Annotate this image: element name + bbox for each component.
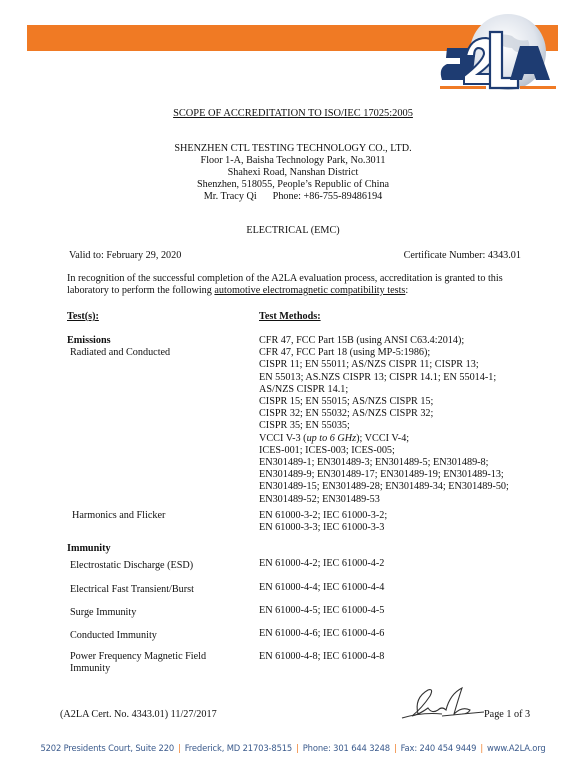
conducted-immunity-method: EN 61000-4-6; IEC 61000-4-6 [259, 628, 384, 640]
footer-address: 5202 Presidents Court, Suite 220 [40, 743, 174, 753]
test-power-freq-magnetic-line2: Immunity [70, 663, 110, 675]
method-line: ICES-001; ICES-003; ICES-005; [259, 445, 509, 457]
scope-title: SCOPE OF ACCREDITATION TO ISO/IEC 17025:… [0, 108, 586, 120]
emissions-heading: Emissions [67, 335, 111, 347]
method-line: CFR 47, FCC Part 15B (using ANSI C63.4:2… [259, 335, 509, 347]
method-line: EN301489-15; EN301489-28; EN301489-34; E… [259, 481, 509, 493]
method-line: EN301489-1; EN301489-3; EN301489-5; EN30… [259, 457, 509, 469]
method-line: VCCI V-3 (up to 6 GHz); VCCI V-4; [259, 433, 509, 445]
methods-column-header: Test Methods: [259, 311, 321, 323]
separator: | [174, 743, 185, 753]
page-number: Page 1 of 3 [484, 709, 530, 721]
test-power-freq-magnetic: Power Frequency Magnetic Field [70, 651, 206, 663]
test-radiated-conducted: Radiated and Conducted [70, 347, 170, 359]
intro-text: laboratory to perform the following [67, 285, 214, 296]
power-freq-method: EN 61000-4-8; IEC 61000-4-8 [259, 651, 384, 663]
test-harmonics-flicker: Harmonics and Flicker [72, 510, 165, 522]
method-line: EN 55013; AS.NZS CISPR 13; CISPR 14.1; E… [259, 372, 509, 384]
a2la-contact-bar: 5202 Presidents Court, Suite 220|Frederi… [0, 743, 586, 753]
method-line: CISPR 15; EN 55015; AS/NZS CISPR 15; [259, 396, 509, 408]
method-line: AS/NZS CISPR 14.1; [259, 384, 509, 396]
tests-column-header: Test(s): [67, 311, 99, 323]
field-of-accreditation: ELECTRICAL (EMC) [0, 225, 586, 237]
lab-contact: Mr. Tracy QiPhone: +86-755-89486194 [0, 191, 586, 203]
intro-line-1: In recognition of the successful complet… [67, 273, 503, 285]
footer-city: Frederick, MD 21703-8515 [185, 743, 292, 753]
separator: | [476, 743, 487, 753]
harmonics-method-2: EN 61000-3-3; IEC 61000-3-3 [259, 522, 384, 534]
lab-address-line-1: Floor 1-A, Baisha Technology Park, No.30… [0, 155, 586, 167]
footer-fax: Fax: 240 454 9449 [401, 743, 477, 753]
method-line: EN301489-52; EN301489-53 [259, 494, 509, 506]
immunity-heading: Immunity [67, 543, 111, 555]
esd-method: EN 61000-4-2; IEC 61000-4-2 [259, 558, 384, 570]
cert-reference: (A2LA Cert. No. 4343.01) 11/27/2017 [60, 709, 217, 721]
eft-method: EN 61000-4-4; IEC 61000-4-4 [259, 582, 384, 594]
test-surge: Surge Immunity [70, 607, 136, 619]
test-esd: Electrostatic Discharge (ESD) [70, 560, 193, 572]
contact-phone: Phone: +86-755-89486194 [273, 191, 383, 202]
valid-to: Valid to: February 29, 2020 [69, 250, 181, 262]
lab-address-line-3: Shenzhen, 518055, People’s Republic of C… [0, 179, 586, 191]
lab-name: SHENZHEN CTL TESTING TECHNOLOGY CO., LTD… [0, 143, 586, 155]
a2la-globe-logo-icon [420, 8, 560, 96]
certificate-number: Certificate Number: 4343.01 [404, 250, 521, 262]
method-line: CISPR 32; EN 55032; AS/NZS CISPR 32; [259, 408, 509, 420]
test-conducted-immunity: Conducted Immunity [70, 630, 157, 642]
method-line: CISPR 11; EN 55011; AS/NZS CISPR 11; CIS… [259, 359, 509, 371]
radiated-conducted-methods: CFR 47, FCC Part 15B (using ANSI C63.4:2… [259, 335, 509, 506]
lab-address-line-2: Shahexi Road, Nanshan District [0, 167, 586, 179]
intro-colon: : [405, 285, 408, 296]
intro-line-2: laboratory to perform the following auto… [67, 285, 408, 297]
method-line: CISPR 35; EN 55035; [259, 420, 509, 432]
separator: | [292, 743, 303, 753]
test-scope-phrase: automotive electromagnetic compatibility… [214, 285, 405, 296]
separator: | [390, 743, 401, 753]
signature-icon [392, 684, 492, 724]
method-line: EN301489-9; EN301489-17; EN301489-19; EN… [259, 469, 509, 481]
test-eft-burst: Electrical Fast Transient/Burst [70, 584, 194, 596]
footer-phone: Phone: 301 644 3248 [303, 743, 390, 753]
contact-name: Mr. Tracy Qi [204, 191, 257, 202]
method-line: CFR 47, FCC Part 18 (using MP-5:1986); [259, 347, 509, 359]
harmonics-method-1: EN 61000-3-2; IEC 61000-3-2; [259, 510, 387, 522]
surge-method: EN 61000-4-5; IEC 61000-4-5 [259, 605, 384, 617]
footer-website[interactable]: www.A2LA.org [487, 743, 546, 753]
